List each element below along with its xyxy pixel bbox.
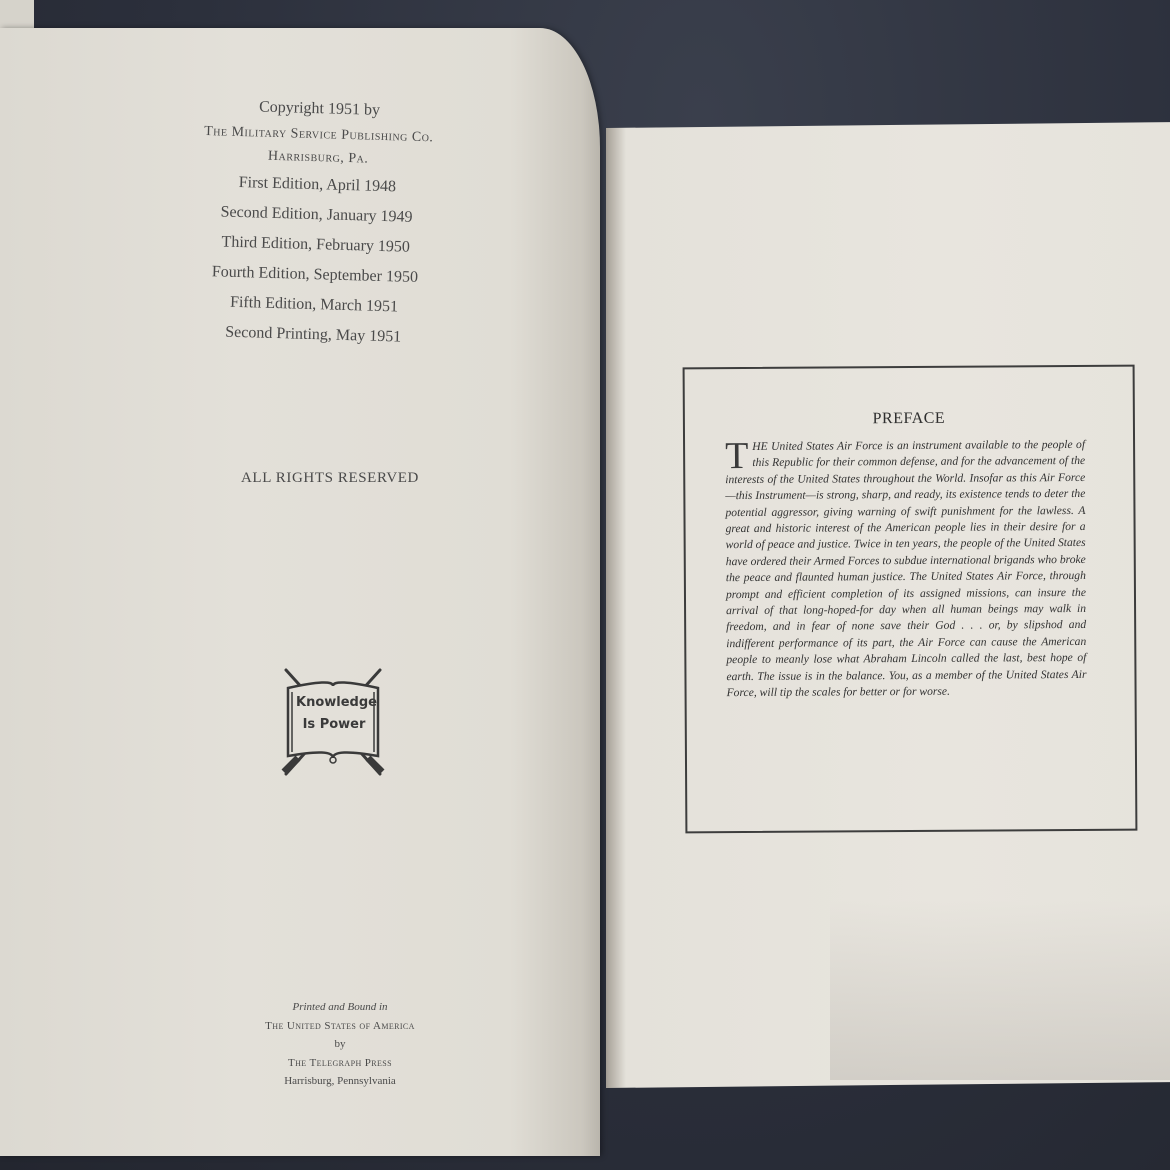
preface-box: PREFACE THE United States Air Force is a… xyxy=(683,365,1138,834)
preface-body: THE United States Air Force is an instru… xyxy=(725,437,1087,702)
printer-location: Harrisburg, Pennsylvania xyxy=(230,1072,450,1091)
printed-line: Printed and Bound in xyxy=(230,998,450,1017)
printer-name: The Telegraph Press xyxy=(230,1054,450,1073)
emblem-line-2: Is Power xyxy=(296,714,372,736)
all-rights-reserved: ALL RIGHTS RESERVED xyxy=(200,470,460,487)
country-line: The United States of America xyxy=(230,1017,450,1036)
by-line: by xyxy=(230,1035,450,1054)
preface-text: HE United States Air Force is an instrum… xyxy=(725,438,1086,699)
copyright-block: Copyright 1951 by The Military Service P… xyxy=(163,90,470,354)
preface-title: PREFACE xyxy=(685,409,1133,430)
drop-cap: T xyxy=(725,441,748,471)
hand-shadow xyxy=(830,900,1170,1080)
emblem-line-1: Knowledge xyxy=(296,692,372,714)
page-edge-strip xyxy=(0,0,34,28)
knowledge-emblem: Knowledge Is Power xyxy=(276,662,390,782)
printer-block: Printed and Bound in The United States o… xyxy=(230,998,450,1091)
